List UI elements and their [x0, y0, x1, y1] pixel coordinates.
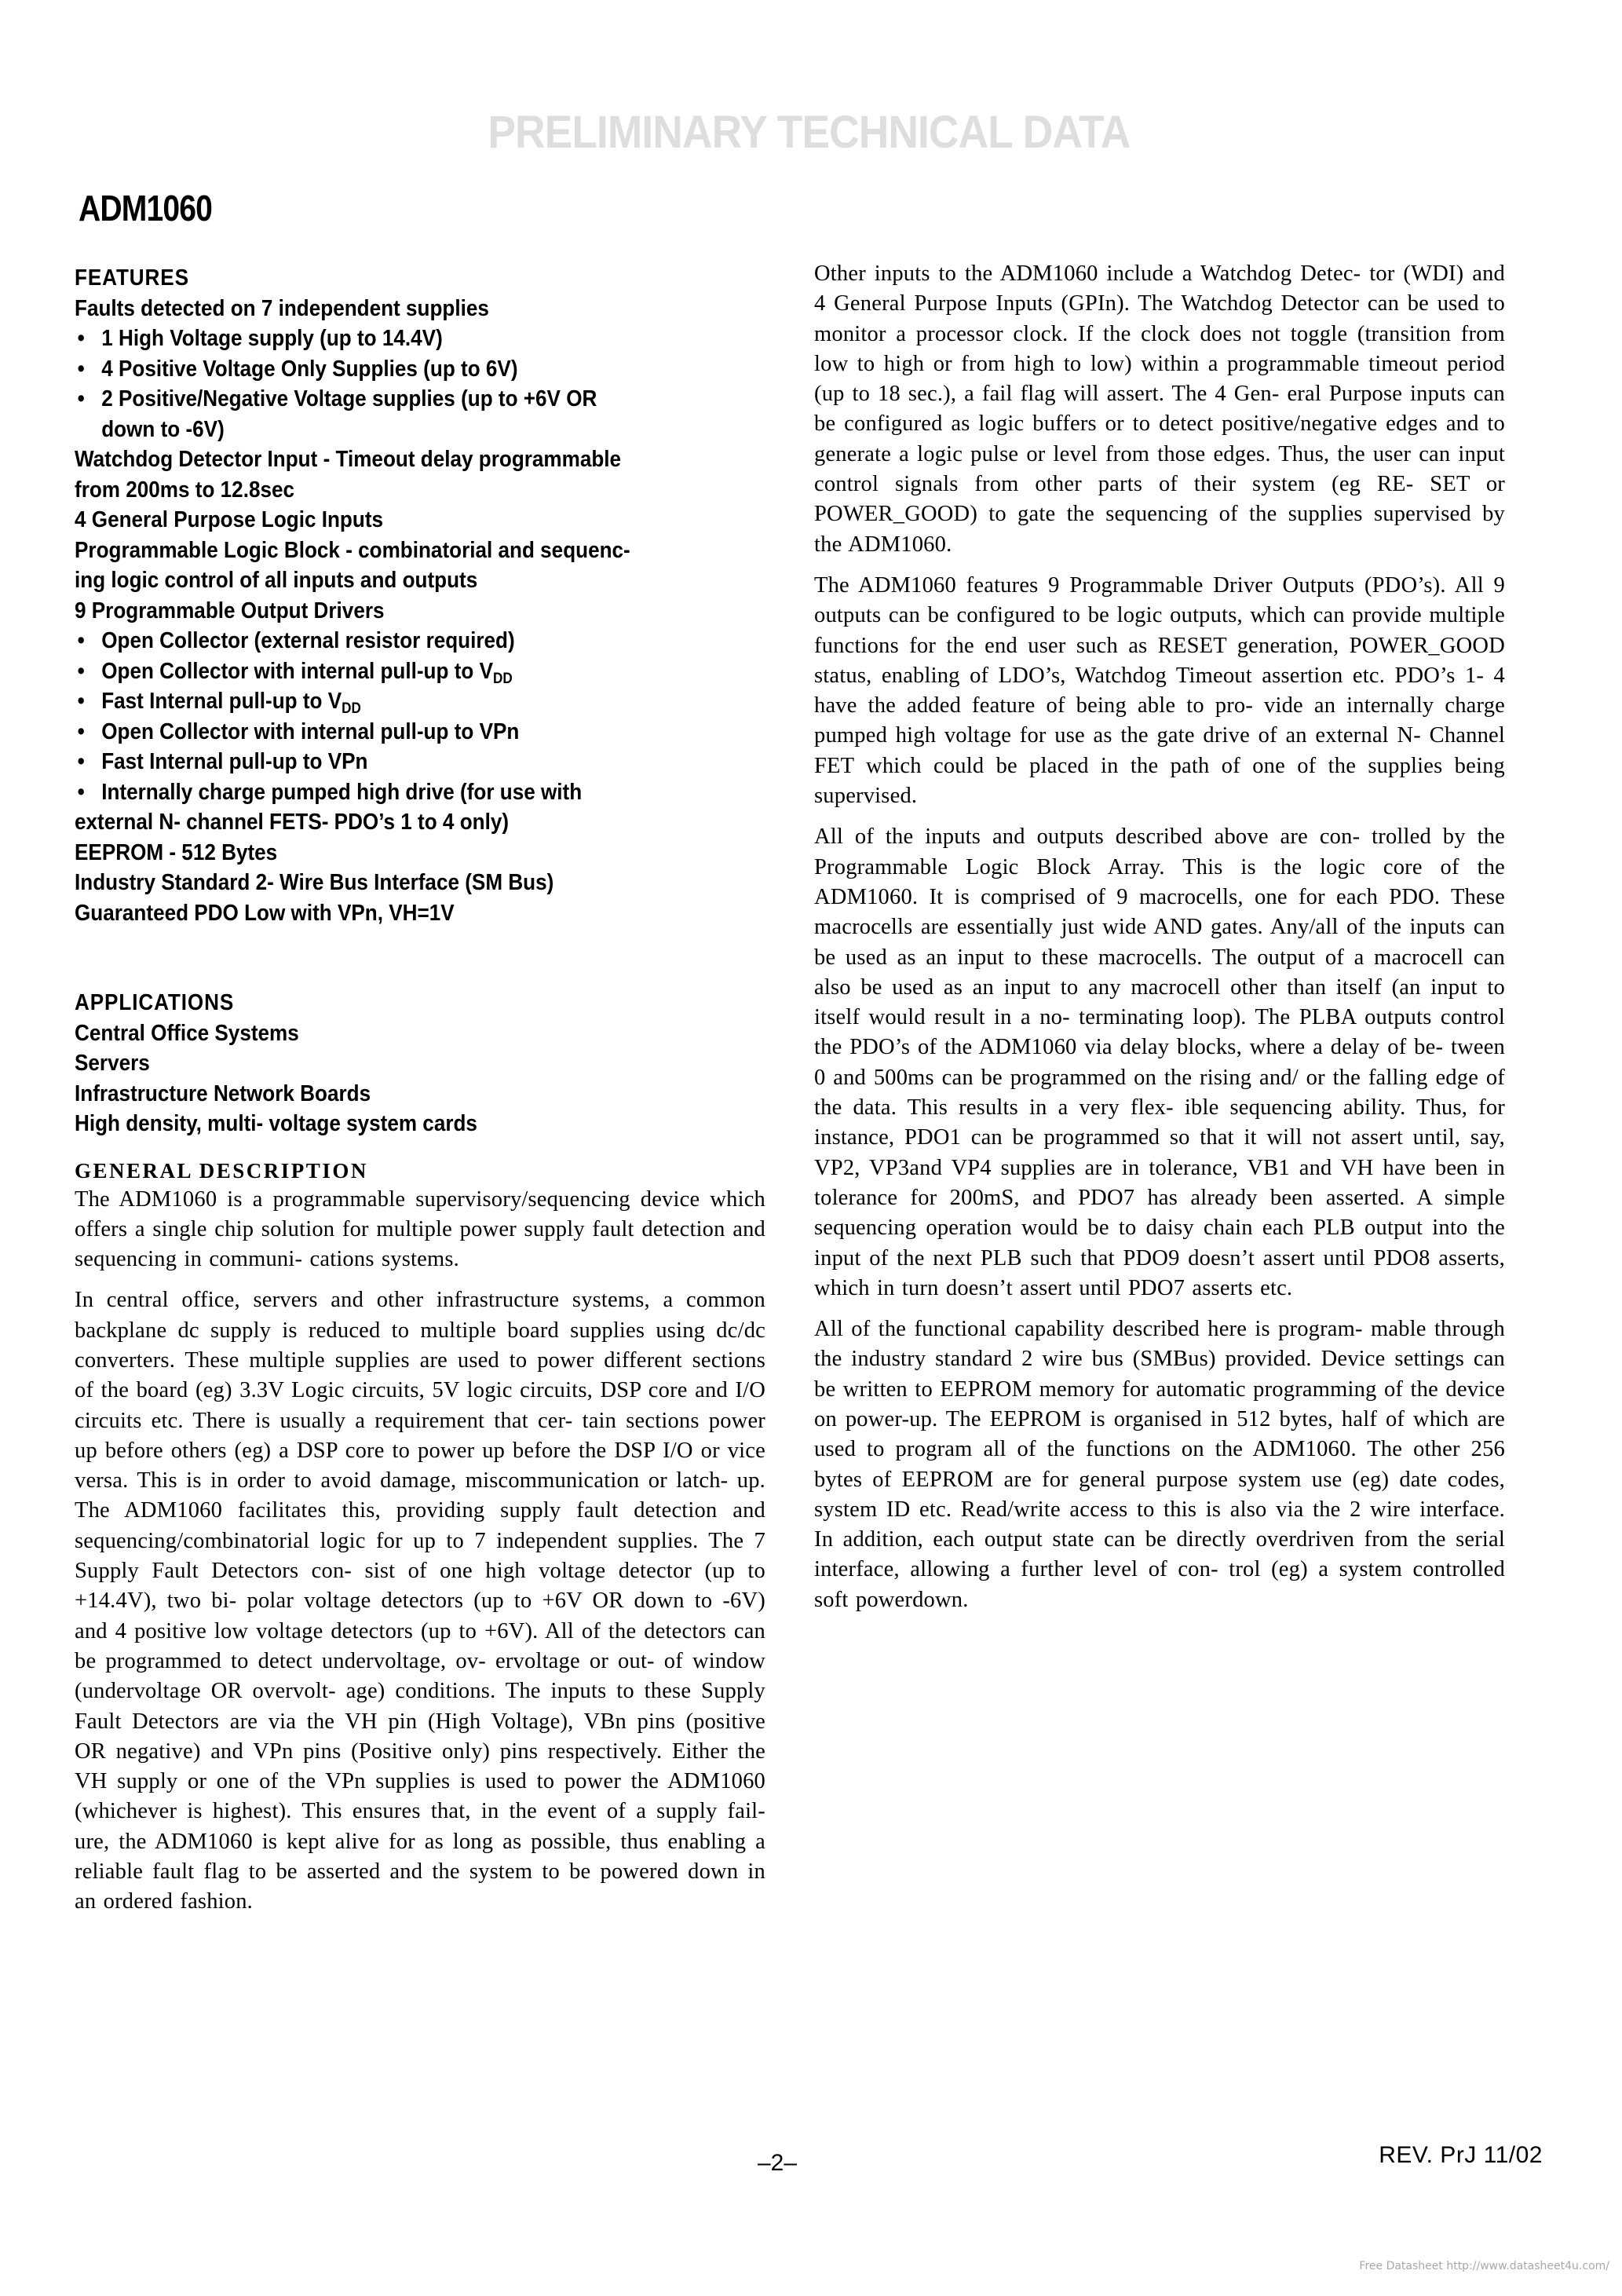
feature-text: 4 Positive Voltage Only Supplies (up to …: [101, 356, 517, 382]
feature-line: •4 Positive Voltage Only Supplies (up to…: [75, 354, 767, 385]
feature-text: Faults detected on 7 independent supplie…: [75, 296, 489, 321]
bullet-icon: •: [75, 777, 101, 808]
features-list: Faults detected on 7 independent supplie…: [75, 294, 767, 929]
bullet-icon: •: [75, 686, 101, 717]
bullet-icon: •: [75, 717, 101, 748]
bullet-icon: •: [75, 354, 101, 385]
subscript: DD: [493, 671, 513, 687]
feature-line: Watchdog Detector Input - Timeout delay …: [75, 444, 767, 475]
source-note: Free Datasheet http://www.datasheet4u.co…: [1335, 2260, 1609, 2272]
application-item: High density, multi- voltage system card…: [75, 1109, 767, 1139]
feature-line: EEPROM - 512 Bytes: [75, 838, 767, 868]
feature-text: down to -6V): [101, 417, 225, 442]
page-number: –2–: [758, 2150, 797, 2177]
left-column: FEATURES Faults detected on 7 independen…: [75, 263, 765, 1929]
feature-text: 9 Programmable Output Drivers: [75, 598, 385, 623]
bullet-icon: •: [75, 656, 101, 687]
feature-line: Faults detected on 7 independent supplie…: [75, 294, 767, 324]
feature-line: •2 Positive/Negative Voltage supplies (u…: [75, 384, 767, 415]
body-paragraph: All of the functional capability describ…: [814, 1314, 1505, 1615]
feature-line: external N- channel FETS- PDO’s 1 to 4 o…: [75, 807, 767, 838]
feature-text: EEPROM - 512 Bytes: [75, 840, 277, 865]
feature-text: ing logic control of all inputs and outp…: [75, 568, 477, 593]
feature-text: Industry Standard 2- Wire Bus Interface …: [75, 870, 553, 895]
application-item: Infrastructure Network Boards: [75, 1079, 767, 1110]
feature-line: •Open Collector with internal pull-up to…: [75, 717, 767, 748]
revision-label: REV. PrJ 11/02: [915, 2142, 1543, 2169]
feature-line: •1 High Voltage supply (up to 14.4V): [75, 324, 767, 354]
feature-line: from 200ms to 12.8sec: [75, 475, 767, 506]
features-heading: FEATURES: [75, 263, 767, 294]
feature-line: 9 Programmable Output Drivers: [75, 596, 767, 627]
feature-text: from 200ms to 12.8sec: [75, 477, 294, 503]
feature-text: 2 Positive/Negative Voltage supplies (up…: [101, 386, 597, 411]
feature-text: external N- channel FETS- PDO’s 1 to 4 o…: [75, 810, 509, 835]
bullet-icon: •: [75, 747, 101, 777]
feature-text: Open Collector with internal pull-up to …: [101, 659, 493, 684]
feature-text: Fast Internal pull-up to V: [101, 689, 342, 714]
feature-text: Fast Internal pull-up to VPn: [101, 749, 367, 774]
part-number-title: ADM1060: [79, 187, 212, 229]
applications-heading: APPLICATIONS: [75, 988, 767, 1018]
bullet-icon: •: [75, 324, 101, 354]
feature-text: Open Collector (external resistor requir…: [101, 628, 514, 653]
feature-text: Open Collector with internal pull-up to …: [101, 719, 519, 744]
features-section: FEATURES Faults detected on 7 independen…: [75, 263, 767, 928]
feature-text: 4 General Purpose Logic Inputs: [75, 507, 383, 532]
subscript: DD: [342, 700, 361, 717]
feature-line: •Open Collector (external resistor requi…: [75, 626, 767, 656]
preliminary-watermark: PRELIMINARY TECHNICAL DATA: [63, 106, 1555, 159]
bullet-icon: •: [75, 384, 101, 415]
bullet-icon: •: [75, 626, 101, 656]
feature-text: Watchdog Detector Input - Timeout delay …: [75, 447, 621, 472]
feature-line: Guaranteed PDO Low with VPn, VH=1V: [75, 898, 767, 929]
feature-line: Industry Standard 2- Wire Bus Interface …: [75, 868, 767, 898]
right-column: Other inputs to the ADM1060 include a Wa…: [814, 259, 1505, 1626]
body-paragraph: In central office, servers and other inf…: [75, 1285, 765, 1917]
feature-text: Programmable Logic Block - combinatorial…: [75, 538, 630, 563]
feature-line: 4 General Purpose Logic Inputs: [75, 505, 767, 536]
body-paragraph: The ADM1060 features 9 Programmable Driv…: [814, 571, 1505, 811]
body-paragraph: Other inputs to the ADM1060 include a Wa…: [814, 259, 1505, 560]
body-paragraph: The ADM1060 is a programmable supervisor…: [75, 1185, 765, 1275]
general-description-heading: GENERAL DESCRIPTION: [75, 1157, 765, 1185]
feature-line: Programmable Logic Block - combinatorial…: [75, 536, 767, 566]
feature-line: •Fast Internal pull-up to VDD: [75, 686, 767, 717]
feature-text: 1 High Voltage supply (up to 14.4V): [101, 326, 443, 351]
feature-line: ing logic control of all inputs and outp…: [75, 565, 767, 596]
body-paragraph: All of the inputs and outputs described …: [814, 822, 1505, 1303]
feature-line: •Internally charge pumped high drive (fo…: [75, 777, 767, 808]
application-item: Servers: [75, 1048, 767, 1079]
feature-text: Internally charge pumped high drive (for…: [101, 780, 582, 805]
feature-line: •Fast Internal pull-up to VPn: [75, 747, 767, 777]
feature-line: down to -6V): [75, 415, 767, 445]
feature-line: •Open Collector with internal pull-up to…: [75, 656, 767, 687]
applications-section: APPLICATIONS Central Office Systems Serv…: [75, 988, 767, 1139]
feature-text: Guaranteed PDO Low with VPn, VH=1V: [75, 901, 455, 926]
application-item: Central Office Systems: [75, 1018, 767, 1049]
